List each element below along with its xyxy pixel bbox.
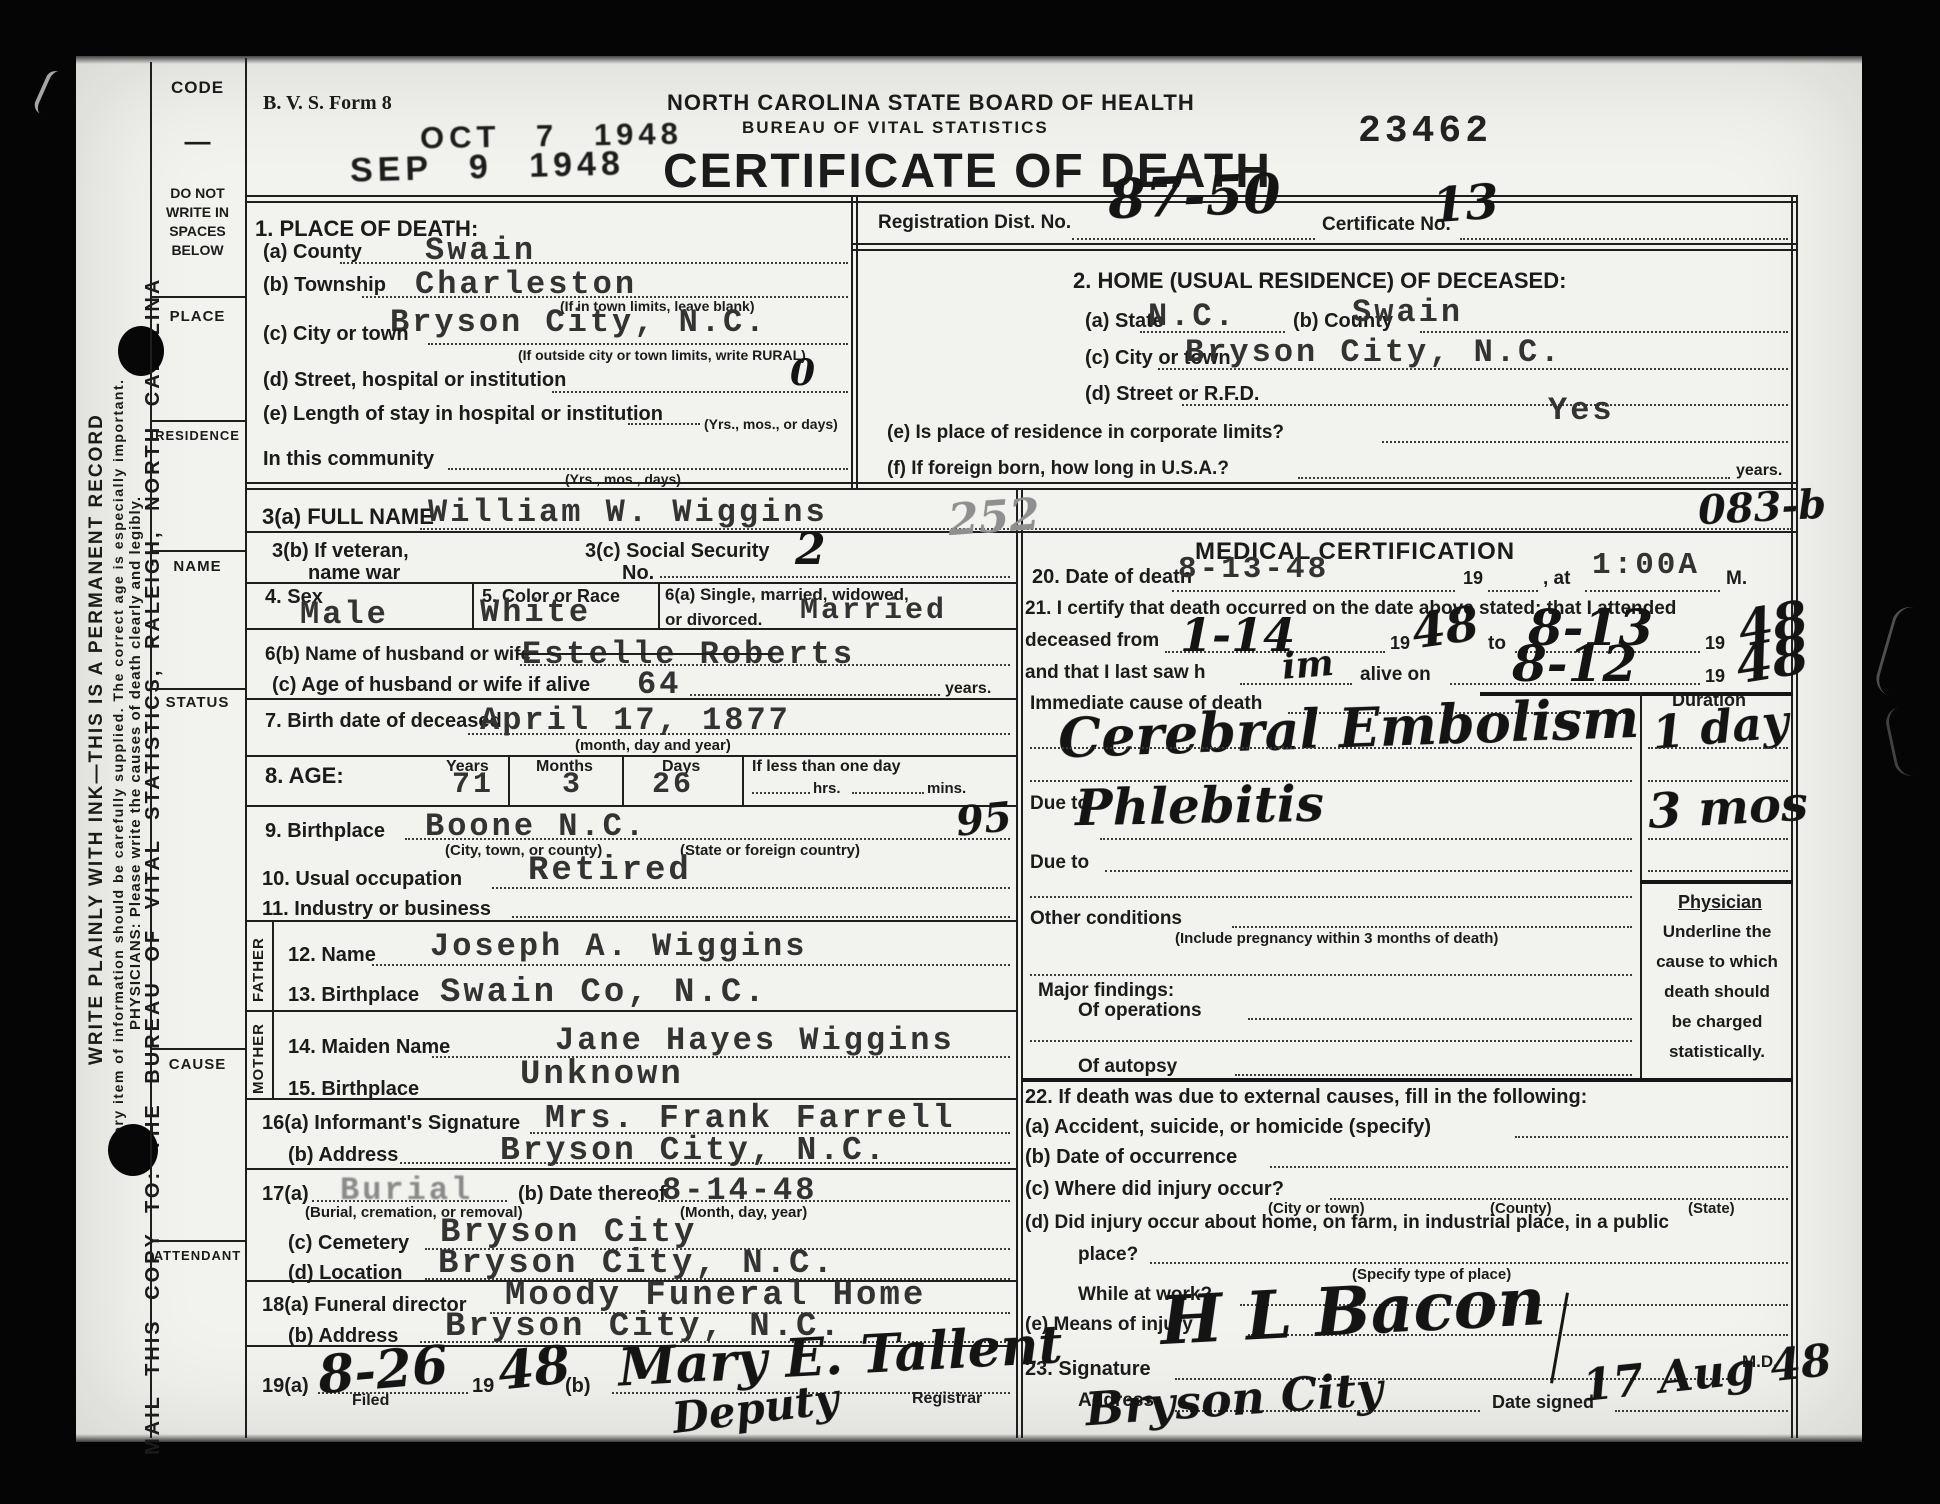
to-year19: 19 [1705, 633, 1725, 654]
board-title: NORTH CAROLINA STATE BOARD OF HEALTH [667, 90, 1195, 116]
mother-birthplace-value: Unknown [520, 1056, 684, 1094]
dotted-rule [1488, 590, 1538, 592]
corporate-limits-label: (e) Is place of residence in corporate l… [887, 422, 1284, 444]
informant-addr-label: (b) Address [288, 1144, 398, 1167]
duration2-hw: 3 mos [1647, 776, 1810, 840]
cemetery-label: (c) Cemetery [288, 1232, 409, 1255]
dotted-rule [1648, 838, 1788, 840]
birthplace-note2: (State or foreign country) [680, 842, 860, 859]
dotted-rule [1648, 870, 1788, 872]
alive-on-hw: 8-12 [1512, 634, 1637, 693]
scan-border-top [0, 0, 1940, 56]
age-years-value: 71 [452, 768, 494, 802]
age-months-value: 3 [562, 768, 583, 802]
birthplace-hw-95: 95 [954, 793, 1014, 846]
death-at-label: , at [1543, 568, 1570, 590]
dotted-rule [1150, 1262, 1788, 1264]
rule-line [150, 1240, 245, 1242]
burial-label: 17(a) [262, 1183, 309, 1206]
industry-label: 11. Industry or business [262, 898, 491, 921]
code-mark: — [150, 126, 245, 157]
rule-line [742, 755, 744, 805]
rule-line [856, 195, 858, 488]
date-stamp-sep: SEP 9 1948 [350, 144, 626, 190]
ssn-label2: No. [622, 562, 654, 585]
external-d-label2: place? [1078, 1244, 1138, 1266]
dotted-rule [1232, 926, 1632, 928]
external-c-note-state: (State) [1688, 1200, 1735, 1217]
scanned-death-certificate: WRITE PLAINLY WITH INK—THIS IS A PERMANE… [0, 0, 1940, 1504]
dotted-rule [1298, 477, 1730, 479]
dotted-rule [1105, 870, 1632, 872]
birthplace-label: 9. Birthplace [265, 820, 385, 843]
dotted-rule [552, 391, 848, 393]
age-hrs-label: hrs. [813, 780, 841, 797]
side-label-cause: CAUSE [150, 1056, 245, 1073]
alive-year-hw: 48 [1732, 625, 1813, 697]
father-birthplace-value: Swain Co, N.C. [440, 974, 768, 1012]
rule-line [245, 195, 1798, 197]
birth-date-value: April 17, 1877 [480, 702, 791, 739]
do-not-write-note: DO NOT WRITE IN SPACES BELOW [148, 184, 247, 260]
informant-sig-label: 16(a) Informant's Signature [262, 1112, 520, 1135]
external-a-label: (a) Accident, suicide, or homicide (spec… [1025, 1116, 1431, 1139]
scan-border-bottom [0, 1442, 1940, 1504]
full-name-code-note: 083-b [1697, 481, 1827, 535]
dotted-rule [1585, 590, 1720, 592]
dotted-rule [1515, 1136, 1788, 1138]
dotted-rule [340, 262, 848, 264]
spouse-age-value: 64 [637, 666, 681, 703]
dotted-rule [1030, 747, 1632, 749]
other-conditions-label: Other conditions [1030, 908, 1182, 930]
veteran-label2: name war [308, 562, 400, 585]
dotted-rule [1248, 1018, 1632, 1020]
registration-dist-label: Registration Dist. No. [878, 212, 1071, 234]
dotted-rule [1072, 238, 1315, 240]
due-to-2-label: Due to [1030, 852, 1089, 874]
home-state-value: N.C. [1148, 298, 1237, 335]
serial-number: 23462 [1358, 110, 1492, 153]
birth-date-label: 7. Birth date of deceased [265, 710, 502, 733]
last-saw-hw: im [1280, 642, 1335, 688]
marital-value: Married [800, 594, 947, 628]
occupation-value: Retired [528, 852, 692, 890]
certificate-no-label: Certificate No. [1322, 214, 1451, 236]
hole-punch [118, 326, 164, 376]
rule-line [853, 249, 1798, 251]
mother-name-value: Jane Hayes Wiggins [555, 1022, 955, 1059]
occupation-label: 10. Usual occupation [262, 868, 462, 891]
external-c-label: (c) Where did injury occur? [1025, 1178, 1284, 1201]
filed-year-printed: 19 [472, 1375, 494, 1398]
foreign-born-suffix: years. [1736, 462, 1782, 480]
birthplace-value: Boone N.C. [425, 808, 647, 845]
home-heading: 2. HOME (USUAL RESIDENCE) OF DECEASED: [1073, 268, 1566, 294]
death-time-value: 1:00A [1592, 548, 1700, 583]
street-institution-label: (d) Street, hospital or institution [263, 369, 566, 392]
rule-line [150, 1048, 245, 1050]
physician-note-line4: be charged [1642, 1012, 1792, 1032]
rule-line [150, 688, 245, 690]
scan-border-left [0, 0, 76, 1504]
rule-line [245, 755, 1018, 757]
dotted-rule [1172, 590, 1455, 592]
death-m-label: M. [1726, 568, 1747, 590]
death-city-value: Bryson City, N.C. [390, 304, 767, 341]
physician-title: Physician [1678, 892, 1762, 913]
dotted-rule [1615, 1410, 1788, 1412]
full-name-value: William W. Wiggins [428, 494, 828, 531]
date-signed-label: Date signed [1492, 1392, 1594, 1413]
filed-year-hw: 48 [495, 1334, 573, 1402]
physician-note-line5: statistically. [1642, 1042, 1792, 1062]
rule-line [245, 58, 247, 1438]
county-label: (a) County [263, 241, 362, 264]
father-side-label: FATHER [250, 937, 267, 1002]
cemetery-location-label: (d) Location [288, 1262, 402, 1285]
stay-label: (e) Length of stay in hospital or instit… [263, 403, 663, 426]
filed-label: 19(a) [262, 1375, 309, 1398]
rule-line [1016, 488, 1018, 1438]
sex-value: Male [300, 596, 389, 633]
dotted-rule [1235, 1074, 1632, 1076]
signature-label: 23. Signature [1025, 1358, 1151, 1381]
rule-line [245, 805, 1018, 807]
death-date-label: 20. Date of death [1032, 566, 1192, 589]
dotted-rule [1030, 1040, 1632, 1042]
age-mins-label: mins. [927, 780, 966, 797]
rule-line [658, 582, 660, 628]
rule-line [1021, 1078, 1793, 1082]
veteran-label: 3(b) If veteran, [272, 540, 409, 563]
side-label-place: PLACE [150, 308, 245, 325]
death-city-note: (If outside city or town limits, write R… [518, 347, 806, 363]
mother-side-label: MOTHER [250, 1023, 267, 1094]
stay-note: (Yrs., mos., or days) [704, 416, 838, 432]
home-county-value: Swain [1352, 294, 1463, 331]
physician-note-line2: cause to which [1642, 952, 1792, 972]
dotted-rule [690, 694, 940, 696]
home-city-value: Bryson City, N.C. [1185, 334, 1562, 371]
dotted-rule [1030, 974, 1632, 976]
filed-b-label: (b) [565, 1375, 591, 1398]
alive-year19: 19 [1705, 666, 1725, 687]
death-year19: 19 [1463, 568, 1483, 589]
funeral-director-label: 18(a) Funeral director [262, 1294, 467, 1317]
community-note: (Yrs., mos., days) [565, 471, 681, 487]
strike-line [518, 653, 774, 655]
margin-instruction-permanent-record: WRITE PLAINLY WITH INK—THIS IS A PERMANE… [86, 413, 108, 1065]
dotted-rule [512, 916, 1010, 918]
physician-note-line1: Underline the [1642, 922, 1792, 942]
birth-date-note: (month, day and year) [575, 737, 731, 754]
rule-line [622, 755, 624, 805]
spouse-age-suffix: years. [945, 680, 991, 698]
informant-addr-value: Bryson City, N.C. [500, 1132, 888, 1169]
rule-line [150, 420, 245, 422]
from-year-hw: 48 [1408, 596, 1482, 661]
foreign-born-label: (f) If foreign born, how long in U.S.A.? [887, 458, 1229, 480]
dotted-rule [1270, 1166, 1788, 1168]
street-hw-zero: 0 [790, 352, 815, 394]
registration-dist-value: 87-50 [1107, 161, 1282, 231]
county-value: Swain [425, 232, 536, 269]
rule-line [853, 243, 1798, 245]
dotted-rule [852, 792, 924, 794]
dotted-rule [448, 468, 848, 470]
dotted-rule [1460, 238, 1788, 240]
ssn-value: 2 [795, 524, 826, 575]
township-label: (b) Township [263, 274, 386, 297]
due-to-1-hw: Phlebitis [1075, 774, 1325, 837]
age-less-than-day-label: If less than one day [752, 758, 900, 776]
death-date-value: 8-13-48 [1178, 552, 1329, 587]
full-name-label: 3(a) FULL NAME [262, 504, 434, 530]
dotted-rule [1382, 441, 1788, 443]
dotted-rule [1648, 747, 1788, 749]
rule-line [1640, 880, 1793, 884]
certificate-no-value: 13 [1430, 174, 1501, 235]
major-findings-label: Major findings: [1038, 980, 1174, 1002]
filed-note: Filed [352, 1392, 389, 1410]
corporate-limits-value: Yes [1548, 392, 1615, 429]
form-number: B. V. S. Form 8 [263, 92, 392, 115]
dotted-rule [428, 343, 848, 345]
dotted-rule [1420, 331, 1788, 333]
of-operations-label: Of operations [1078, 1000, 1202, 1022]
mother-name-label: 14. Maiden Name [288, 1036, 450, 1059]
community-label: In this community [263, 448, 434, 471]
rule-line [851, 195, 853, 488]
scan-edge-shadow [76, 1434, 1862, 1442]
side-label-attendant: ATTENDANT [148, 1248, 247, 1263]
attended-from-label: deceased from [1025, 630, 1159, 652]
external-b-label: (b) Date of occurrence [1025, 1146, 1237, 1169]
father-name-label: 12. Name [288, 944, 376, 967]
last-saw-label: and that I last saw h [1025, 662, 1206, 684]
mother-birthplace-label: 15. Birthplace [288, 1078, 419, 1101]
margin-instruction-mail-copy: MAIL THIS COPY TO: THE BUREAU OF VITAL S… [142, 277, 165, 1455]
rule-line [1021, 488, 1023, 1438]
attended-from-hw: 1-14 [1180, 608, 1295, 662]
side-label-name: NAME [150, 558, 245, 575]
external-d-label: (d) Did injury occur about home, on farm… [1025, 1212, 1669, 1234]
spouse-label: 6(b) Name of husband or wife [265, 644, 531, 666]
rule-line [472, 582, 474, 628]
burial-date-label: (b) Date thereof [518, 1183, 666, 1206]
from-year19: 19 [1390, 633, 1410, 654]
marital-label2: or divorced. [665, 610, 762, 630]
age-label: 8. AGE: [265, 763, 344, 789]
dotted-rule [1100, 838, 1632, 840]
registrar-note: Registrar [912, 1390, 982, 1408]
dotted-rule [752, 792, 810, 794]
physician-note-line3: death should [1642, 982, 1792, 1002]
age-days-value: 26 [652, 768, 694, 802]
ssn-label: 3(c) Social Security [585, 540, 770, 563]
dotted-rule [1030, 896, 1632, 898]
bureau-subtitle: BUREAU OF VITAL STATISTICS [742, 118, 1049, 138]
death-city-label: (c) City or town [263, 323, 409, 346]
rule-line [508, 755, 510, 805]
rule-line [150, 550, 245, 552]
of-autopsy-label: Of autopsy [1078, 1056, 1177, 1078]
rule-line [245, 698, 1018, 700]
dotted-rule [660, 576, 1010, 578]
home-street-label: (d) Street or R.F.D. [1085, 383, 1259, 406]
rule-line [150, 62, 152, 1438]
race-value: White [480, 594, 591, 631]
rule-line [245, 201, 1798, 203]
attended-to-label: to [1488, 633, 1506, 655]
other-conditions-note: (Include pregnancy within 3 months of de… [1175, 930, 1498, 947]
father-name-value: Joseph A. Wiggins [430, 928, 807, 965]
father-birthplace-label: 13. Birthplace [288, 984, 419, 1007]
dotted-rule [1182, 404, 1788, 406]
spouse-age-label: (c) Age of husband or wife if alive [272, 674, 590, 697]
side-label-status: STATUS [150, 694, 245, 711]
rule-line [272, 920, 274, 1098]
rule-line [150, 296, 245, 298]
code-label: CODE [150, 78, 245, 98]
burial-date-note: (Month, day, year) [680, 1204, 807, 1221]
scan-edge-shadow [76, 56, 1862, 64]
rule-line [245, 482, 1798, 484]
margin-instruction-supplied: Every item of information should be care… [110, 379, 126, 1156]
side-label-residence: RESIDENCE [150, 428, 245, 443]
full-name-pencil-note: 252 [946, 489, 1041, 546]
dotted-rule [628, 423, 700, 425]
external-causes-heading: 22. If death was due to external causes,… [1025, 1086, 1587, 1109]
alive-on-label: alive on [1360, 664, 1431, 686]
